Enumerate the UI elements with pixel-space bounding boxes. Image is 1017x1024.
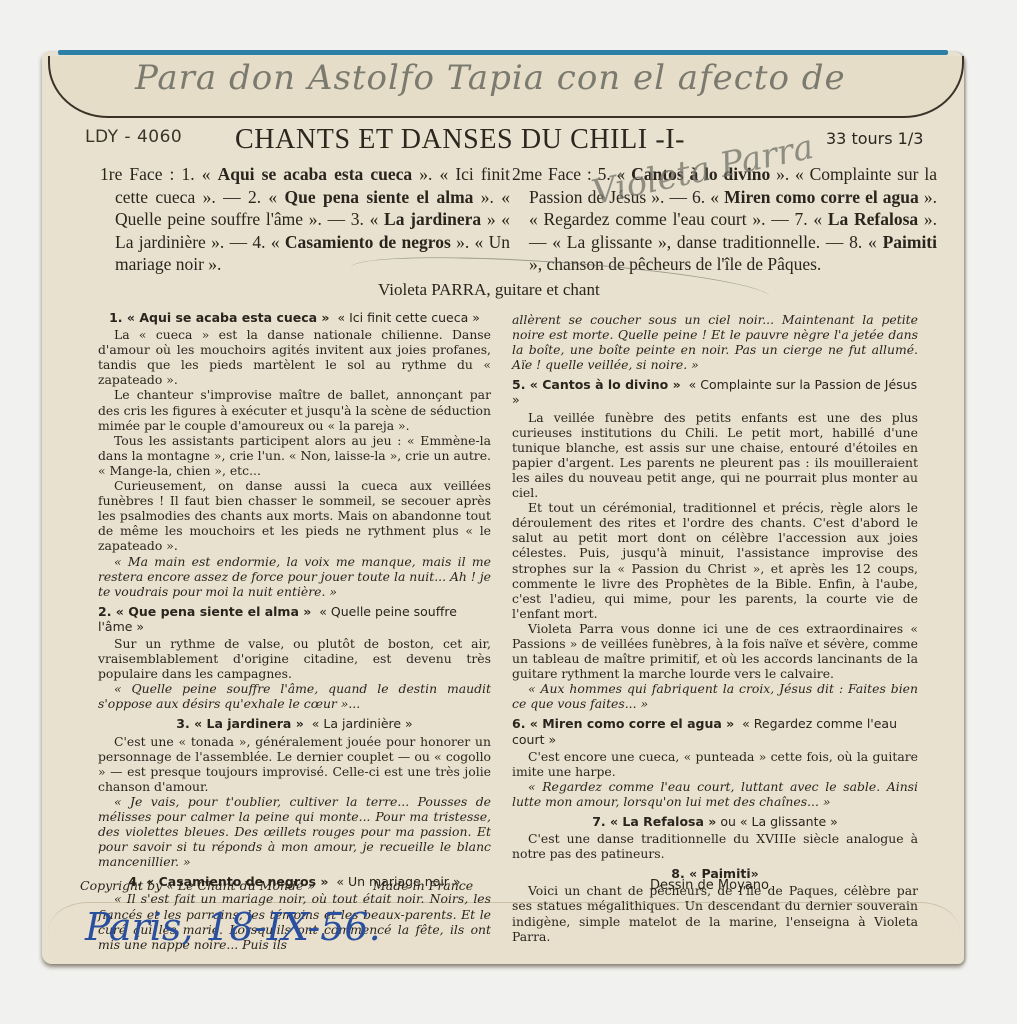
- paragraph: C'est une danse traditionnelle du XVIIIe…: [512, 831, 918, 861]
- copyright-notice: Copyright by « Le Chant du Monde »: [80, 878, 315, 893]
- section-heading: 2. « Que pena siente el alma » « Quelle …: [98, 604, 491, 634]
- face-label: 1re Face :: [100, 164, 174, 184]
- handwritten-date: Paris, 18-IX-56.: [85, 905, 381, 949]
- illustration-credit: Dessin de Moyano: [650, 878, 769, 893]
- face-label: 2me Face :: [512, 164, 592, 184]
- paragraph: C'est encore une cueca, « punteada » cet…: [512, 749, 918, 779]
- quote: allèrent se coucher sous un ciel noir...…: [512, 312, 918, 372]
- paragraph: Curieusement, on danse aussi la cueca au…: [98, 478, 491, 553]
- track-title: La Refalosa: [828, 209, 918, 229]
- quote: « Aux hommes qui fabriquent la croix, Jé…: [512, 681, 918, 711]
- track-title: Que pena siente el alma: [285, 187, 474, 207]
- paragraph: Tous les assistants participent alors au…: [98, 433, 491, 478]
- section-heading: 3. « La jardinera » « La jardinière »: [98, 716, 491, 731]
- catalog-number: LDY - 4060: [85, 127, 182, 147]
- paragraph: Violeta Parra vous donne ici une de ces …: [512, 621, 918, 681]
- quote: « Je vais, pour t'oublier, cultiver la t…: [98, 794, 491, 869]
- record-speed: 33 tours 1/3: [826, 129, 923, 148]
- section-heading: 1. « Aqui se acaba esta cueca » « Ici fi…: [98, 310, 491, 325]
- quote: « Quelle peine souffre l'âme, quand le d…: [98, 681, 491, 711]
- track-title: Miren como corre el agua: [724, 187, 919, 207]
- paragraph: Le chanteur s'improvise maître de ballet…: [98, 387, 491, 432]
- section-heading: 5. « Cantos à lo divino » « Complainte s…: [512, 377, 918, 407]
- section-heading: 7. « La Refalosa » ou « La glissante »: [512, 814, 918, 829]
- track-title: La jardinera: [384, 209, 481, 229]
- quote: « Regardez comme l'eau court, luttant av…: [512, 779, 918, 809]
- paragraph: Et tout un cérémonial, traditionnel et p…: [512, 500, 918, 621]
- track-title: Casamiento de negros: [285, 232, 451, 252]
- quote: « Ma main est endormie, la voix me manqu…: [98, 554, 491, 599]
- paragraph: Sur un rythme de valse, ou plutôt de bos…: [98, 636, 491, 681]
- paragraph: La veillée funèbre des petits enfants es…: [512, 410, 918, 501]
- handwritten-dedication: Para don Astolfo Tapia con el afecto de: [135, 58, 846, 98]
- artist-credit: Violeta PARRA, guitare et chant: [378, 280, 600, 300]
- paragraph: C'est une « tonada », généralement jouée…: [98, 734, 491, 794]
- paragraph: La « cueca » est la danse nationale chil…: [98, 327, 491, 387]
- liner-notes-left-column: 1. « Aqui se acaba esta cueca » « Ici fi…: [98, 305, 491, 952]
- track-title: Aqui se acaba esta cueca: [218, 164, 413, 184]
- section-heading: 6. « Miren como corre el agua » « Regard…: [512, 716, 918, 746]
- made-in-label: Made in France: [373, 878, 473, 893]
- track-title: Paimiti: [883, 232, 937, 252]
- blue-edge-stripe: [58, 50, 948, 55]
- liner-notes-right-column: allèrent se coucher sous un ciel noir...…: [512, 312, 918, 944]
- album-title: CHANTS ET DANSES DU CHILI -I-: [235, 124, 685, 156]
